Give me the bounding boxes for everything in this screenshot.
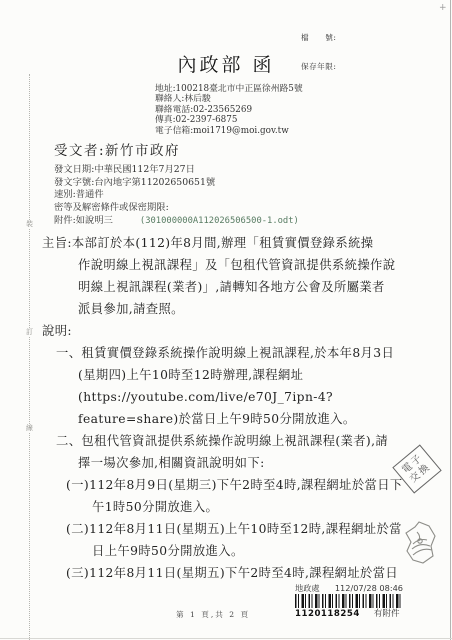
receipt-stamp: 地政處 112/07/28 08:46 1120118254 有附件	[295, 583, 403, 619]
contact-email: 電子信箱:moi1719@moi.gov.tw	[155, 126, 303, 136]
crumple-mark	[399, 518, 441, 572]
contact-fax: 傳真:02-2397-6875	[155, 115, 303, 125]
body-line: 日上午9時50分開放進入。	[0, 540, 452, 562]
body-line: (https://youtube.com/live/e70J_7ipn-4?	[0, 386, 452, 408]
receipt-office: 地政處	[295, 583, 320, 593]
issue-date: 發文日期:中華民國112年7月27日	[54, 164, 299, 177]
recipient-line: 受文者:新竹市政府	[54, 139, 180, 159]
body-line: feature=share)於當日上午9時50分開放進入。	[0, 408, 452, 430]
attachment-flag: 有附件	[374, 609, 400, 619]
page-number: 第 1 頁,共 2 頁	[176, 609, 250, 620]
body-line: 說明:	[0, 320, 452, 342]
receipt-number: 1120118254	[295, 609, 360, 619]
receipt-datetime: 112/07/28 08:46	[335, 583, 403, 593]
registration-mark: +	[439, 3, 447, 13]
body-line: (二)112年8月11日(星期五)上午10時至12時,課程網址於當	[0, 518, 452, 540]
binding-mark: 裝	[24, 220, 35, 229]
document-title: 內政部 函	[0, 50, 452, 77]
body-line: (一)112年8月9日(星期三)下午2時至4時,課程網址於當日下	[0, 474, 452, 496]
contact-phone: 聯絡電話:02-23565269	[155, 105, 303, 115]
contact-address: 地址:100218臺北市中正區徐州路5號	[155, 84, 303, 94]
body-line: 午1時50分開放進入。	[0, 496, 452, 518]
scan-edge	[0, 638, 452, 639]
official-letter-page: + 裝 訂 線 檔 號: 保存年限: 內政部 函 地址:100218臺北市中正區…	[0, 0, 452, 640]
attachment-line: 附件:如說明三(301000000A112026506500-1.odt)	[54, 215, 299, 228]
body-line: 擇一場次參加,相關資訊說明如下:	[0, 452, 452, 474]
attachment-filename: (301000000A112026506500-1.odt)	[140, 216, 299, 226]
file-number-label: 檔 號:	[301, 33, 336, 43]
electronic-exchange-stamp-text: 電子交換	[400, 452, 434, 486]
speed-class: 速別:普通件	[54, 189, 299, 202]
attachment-label: 附件:如說明三	[54, 215, 113, 226]
body-line: 主旨:本部訂於本(112)年8月間,辦理「租賃實價登錄系統操	[0, 232, 452, 254]
body-line: 一、租賃實價登錄系統操作說明線上視訊課程,於本年8月3日	[0, 342, 452, 364]
contact-block: 地址:100218臺北市中正區徐州路5號 聯絡人:林后駿 聯絡電話:02-235…	[155, 84, 303, 136]
body-line: (三)112年8月11日(星期五)下午2時至4時,課程網址於當日	[0, 562, 452, 584]
contact-person: 聯絡人:林后駿	[155, 94, 303, 104]
body-line: 明線上視訊課程(業者)」,請轉知各地方公會及所屬業者	[0, 276, 452, 298]
barcode	[295, 594, 403, 608]
body-line: (星期四)上午10時至12時辦理,課程網址	[0, 364, 452, 386]
crumple-mark-graphic	[399, 518, 441, 568]
body-line: 二、包租代管資訊提供系統操作說明線上視訊課程(業者),請	[0, 430, 452, 452]
meta-block: 發文日期:中華民國112年7月27日 發文字號:台內地字第11202650651…	[54, 164, 299, 228]
letter-body: 主旨:本部訂於本(112)年8月間,辦理「租賃實價登錄系統操 作說明線上視訊課程…	[0, 232, 452, 584]
body-line: 派員參加,請查照。	[0, 298, 452, 320]
security-class: 密等及解密條件或保密期限:	[54, 202, 299, 215]
doc-number: 發文字號:台內地字第11202650651號	[54, 177, 299, 190]
body-line: 作說明線上視訊課程」及「包租代管資訊提供系統操作說	[0, 254, 452, 276]
